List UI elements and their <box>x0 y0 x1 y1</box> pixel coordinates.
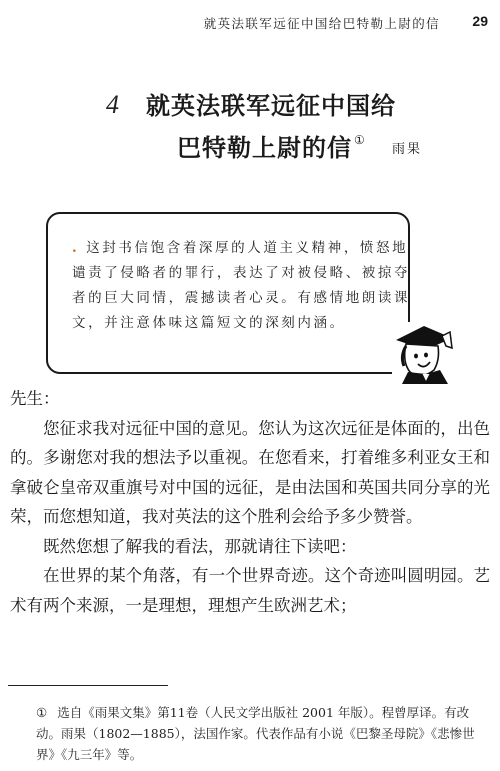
title-line-1: 就英法联军远征中国给 <box>146 86 396 121</box>
running-header: 就英法联军远征中国给巴特勒上尉的信 29 <box>0 14 500 30</box>
lesson-number: 4 <box>106 90 119 120</box>
footnote-text: 选自《雨果文集》第11卷（人民文学出版社 2001 年版）。程曾厚译。有改动。雨… <box>36 705 475 762</box>
page-number: 29 <box>472 13 488 29</box>
guide-marker: . <box>72 240 79 256</box>
title-line-2: 巴特勒上尉的信① <box>177 128 366 163</box>
title-line-2-text: 巴特勒上尉的信 <box>177 134 352 162</box>
graduate-mascot-icon <box>392 322 456 384</box>
reading-guide-text: . 这封书信饱含着深厚的人道主义精神，愤怒地谴责了侵略者的罪行，表达了对被侵略、… <box>72 236 418 336</box>
salutation: 先生： <box>10 384 490 414</box>
guide-content: 这封书信饱含着深厚的人道主义精神，愤怒地谴责了侵略者的罪行，表达了对被侵略、被掠… <box>72 240 410 331</box>
body-paragraph-1: 您征求我对远征中国的意见。您认为这次远征是体面的，出色的。多谢您对我的想法予以重… <box>10 414 490 532</box>
letter-body: 先生： 您征求我对远征中国的意见。您认为这次远征是体面的，出色的。多谢您对我的想… <box>10 384 490 620</box>
running-title: 就英法联军远征中国给巴特勒上尉的信 <box>204 14 440 32</box>
author: 雨果 <box>392 138 422 157</box>
footnote-divider <box>8 685 168 686</box>
body-paragraph-3: 在世界的某个角落，有一个世界奇迹。这个奇迹叫圆明园。艺术有两个来源，一是理想，理… <box>10 561 490 620</box>
title-footnote-ref[interactable]: ① <box>354 133 366 147</box>
footnote: ①选自《雨果文集》第11卷（人民文学出版社 2001 年版）。程曾厚译。有改动。… <box>36 702 490 765</box>
reading-guide-box: . 这封书信饱含着深厚的人道主义精神，愤怒地谴责了侵略者的罪行，表达了对被侵略、… <box>46 212 410 374</box>
body-paragraph-2: 既然您想了解我的看法，那就请往下读吧： <box>10 532 490 562</box>
footnote-mark: ① <box>36 705 47 720</box>
